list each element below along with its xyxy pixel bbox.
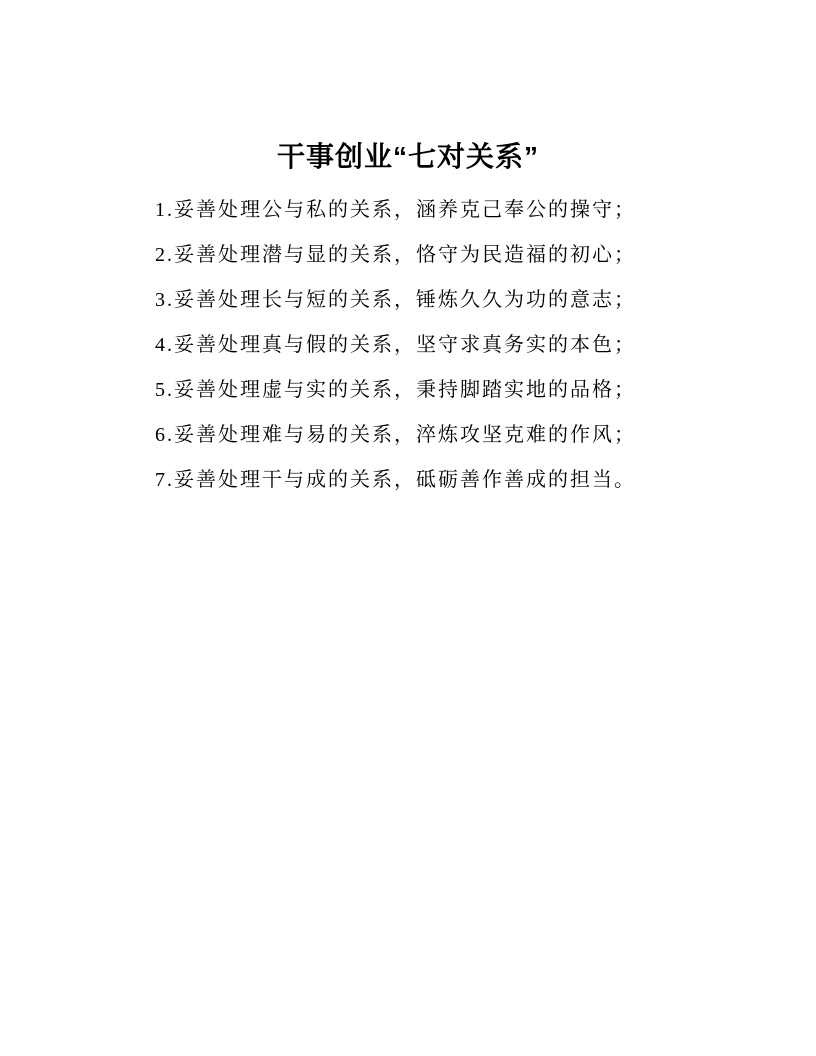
list-item-3: 3.妥善处理长与短的关系，锤炼久久为功的意志； xyxy=(155,278,696,323)
document-title: 干事创业“七对关系” xyxy=(0,139,816,175)
list-item-6: 6.妥善处理难与易的关系，淬炼攻坚克难的作风； xyxy=(155,413,696,458)
list-item-7: 7.妥善处理干与成的关系，砥砺善作善成的担当。 xyxy=(155,458,696,503)
list-item-5: 5.妥善处理虚与实的关系，秉持脚踏实地的品格； xyxy=(155,368,696,413)
list-item-1: 1.妥善处理公与私的关系，涵养克己奉公的操守； xyxy=(155,188,696,233)
list-item-4: 4.妥善处理真与假的关系，坚守求真务实的本色； xyxy=(155,323,696,368)
document-body: 1.妥善处理公与私的关系，涵养克己奉公的操守； 2.妥善处理潜与显的关系，恪守为… xyxy=(155,188,696,503)
list-item-2: 2.妥善处理潜与显的关系，恪守为民造福的初心； xyxy=(155,233,696,278)
document-page: 干事创业“七对关系” 1.妥善处理公与私的关系，涵养克己奉公的操守； 2.妥善处… xyxy=(0,0,816,1056)
